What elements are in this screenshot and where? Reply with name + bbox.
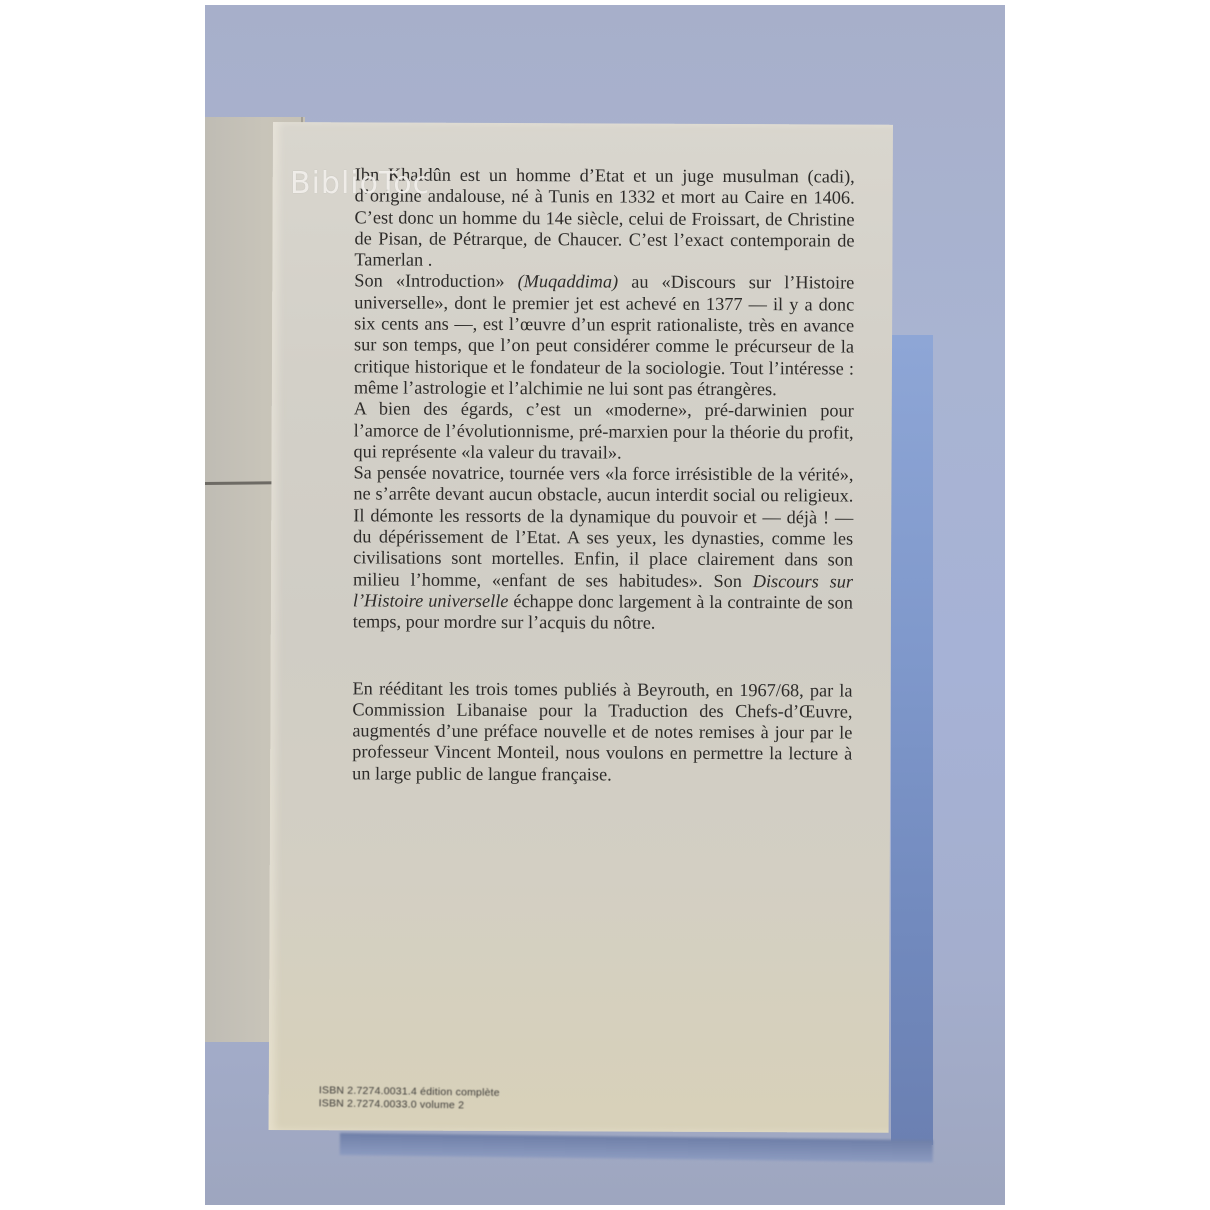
- paragraph-muqaddima: Son «Introduction» (Muqaddima) au «Disco…: [354, 271, 855, 401]
- book-shadow-bottom: [340, 1133, 933, 1162]
- book-shadow-right: [891, 335, 933, 1145]
- watermark-logo: BiblioToc: [290, 166, 430, 201]
- publisher-note: En rééditant les trois tomes publiés à B…: [352, 678, 852, 787]
- paragraph-text: A bien des égards, c’est un «moderne», p…: [354, 399, 854, 463]
- isbn-block: ISBN 2.7274.0031.4 édition complète ISBN…: [319, 1084, 500, 1113]
- paragraph-gap: [353, 633, 853, 680]
- cover-text: Ibn Khaldûn est un homme d’Etat et un ju…: [352, 164, 855, 786]
- paragraph-modern: A bien des égards, c’est un «moderne», p…: [354, 399, 854, 465]
- isbn-volume: ISBN 2.7274.0033.0 volume 2: [319, 1097, 500, 1113]
- paragraph-thought: Sa pensée novatrice, tournée vers «la fo…: [353, 463, 854, 636]
- book-back-cover: Ibn Khaldûn est un homme d’Etat et un ju…: [269, 122, 893, 1133]
- paragraph-text: Son «Introduction»: [354, 271, 517, 292]
- italic-title: (Muqaddima): [518, 272, 619, 292]
